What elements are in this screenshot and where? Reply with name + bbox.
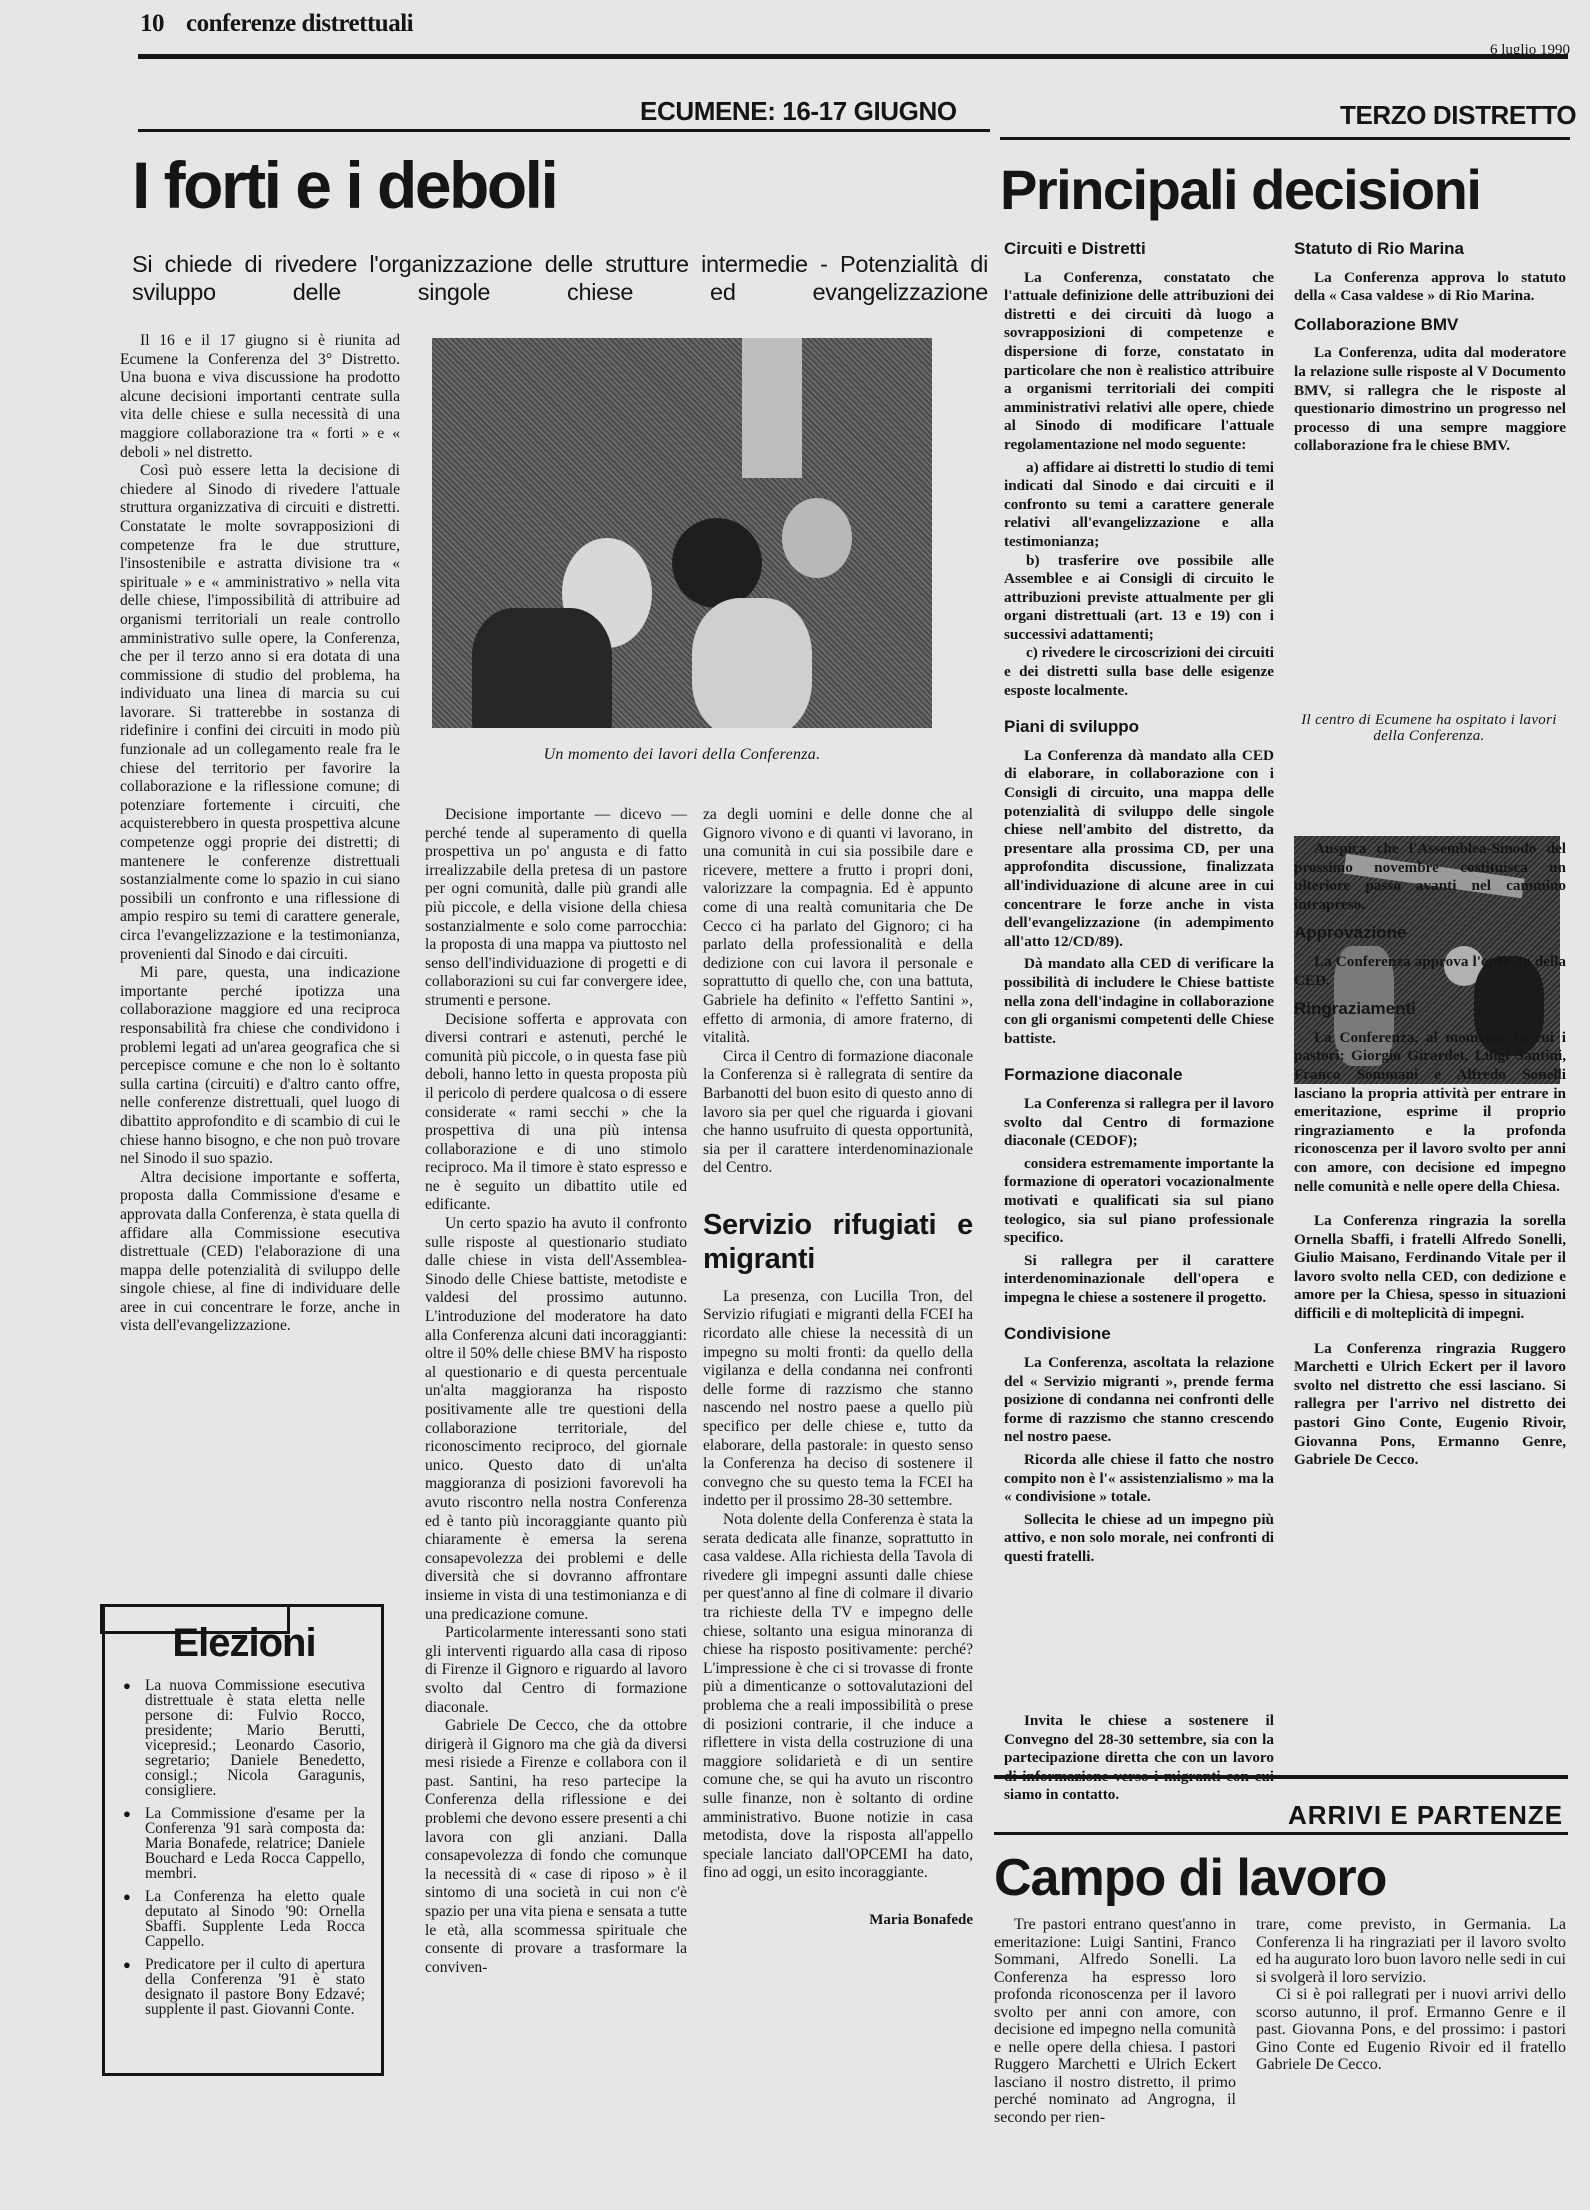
bottom-kicker-rule (994, 1832, 1568, 1835)
paragraph: La Conferenza ringrazia la sorella Ornel… (1294, 1212, 1566, 1324)
conference-photo-caption: Un momento dei lavori della Conferenza. (432, 746, 932, 764)
conference-photo (432, 338, 932, 728)
right-headline: Principali decisioni (1000, 162, 1480, 218)
article-column-3: za degli uomini e delle donne che al Gig… (703, 806, 973, 1929)
section-title-statuto: Statuto di Rio Marina (1294, 240, 1566, 259)
list-item: a) affidare ai distretti lo studio di te… (1004, 459, 1274, 552)
elections-item: La Commissione d'esame per la Conferenza… (123, 1806, 365, 1881)
paragraph: La Conferenza approva l'operato della CE… (1294, 953, 1566, 990)
left-headline: I forti e i deboli (132, 152, 556, 218)
elections-item: Predicatore per il culto di apertura del… (123, 1957, 365, 2017)
bottom-kicker: ARRIVI E PARTENZE (1288, 1800, 1563, 1831)
article-signature: Maria Bonafede (703, 1911, 973, 1930)
page-number: 10 (140, 10, 164, 37)
photo-figure (692, 598, 812, 728)
photo-figure (472, 608, 612, 728)
paragraph: Un certo spazio ha avuto il confronto su… (425, 1215, 687, 1624)
bottom-top-rule (994, 1775, 1568, 1779)
elections-box: Elezioni La nuova Commissione esecutiva … (102, 1604, 384, 2076)
section-title-circuiti: Circuiti e Distretti (1004, 240, 1274, 259)
elections-title: Elezioni (123, 1621, 365, 1666)
paragraph: La presenza, con Lucilla Tron, del Servi… (703, 1288, 973, 1511)
paragraph: La Conferenza dà mandato alla CED di ela… (1004, 747, 1274, 952)
right-kicker-rule (1000, 137, 1570, 140)
paragraph: La Conferenza, ascoltata la relazione de… (1004, 1354, 1274, 1447)
photo-window (742, 338, 802, 478)
photo-figure (782, 498, 852, 578)
paragraph: La Conferenza, al momento in cui i pasto… (1294, 1029, 1566, 1196)
left-kicker-rule (138, 129, 990, 132)
list-item: c) rivedere le circoscrizioni dei circui… (1004, 644, 1274, 700)
section-title-bmv: Collaborazione BMV (1294, 316, 1566, 335)
list-item: b) trasferire ove possibile alle Assembl… (1004, 552, 1274, 645)
paragraph: Circa il Centro di formazione diaconale … (703, 1048, 973, 1178)
condivisione-invite: Invita le chiese a sostenere il Convegno… (1004, 1712, 1274, 1809)
paragraph: Auspica che l'Assemblea-Sinodo del pross… (1294, 840, 1566, 914)
section-title-approvazione: Approvazione (1294, 924, 1566, 943)
photo-figure (672, 518, 762, 608)
article-column-1: Il 16 e il 17 giugno si è riunita ad Ecu… (120, 332, 400, 1336)
ecumene-photo-caption: Il centro di Ecumene ha ospitato i lavor… (1294, 712, 1564, 744)
subsection-title: Servizio rifugiati e migranti (703, 1208, 973, 1276)
paragraph: La Conferenza, udita dal moderatore la r… (1294, 344, 1566, 456)
paragraph: Dà mandato alla CED di verificare la pos… (1004, 955, 1274, 1048)
paragraph: Il 16 e il 17 giugno si è riunita ad Ecu… (120, 332, 400, 462)
paragraph: Si rallegra per il carattere interdenomi… (1004, 1252, 1274, 1308)
paragraph: La Conferenza ringrazia Ruggero Marchett… (1294, 1340, 1566, 1470)
paragraph: Decisione sofferta e approvata con diver… (425, 1011, 687, 1216)
paragraph: Particolarmente interessanti sono stati … (425, 1624, 687, 1717)
section-name: conferenze distrettuali (186, 10, 413, 37)
left-deck: Si chiede di rivedere l'organizzazione d… (132, 250, 988, 306)
decisions-column-b: Statuto di Rio Marina La Conferenza appr… (1294, 240, 1566, 460)
page-folio: 10conferenze distrettuali (140, 10, 413, 38)
elections-item: La nuova Commissione esecutiva distrettu… (123, 1678, 365, 1798)
decisions-column-b-continued: Auspica che l'Assemblea-Sinodo del pross… (1294, 840, 1566, 1474)
paragraph: Mi pare, questa, una indicazione importa… (120, 964, 400, 1169)
paragraph: La Conferenza, constatato che l'attuale … (1004, 269, 1274, 455)
paragraph: considera estremamente importante la for… (1004, 1155, 1274, 1248)
paragraph: trare, come previsto, in Germania. La Co… (1256, 1916, 1566, 1986)
left-kicker: ECUMENE: 16-17 GIUGNO (640, 96, 957, 127)
article-column-2: Decisione importante — dicevo — perché t… (425, 806, 687, 1977)
section-title-condivisione: Condivisione (1004, 1325, 1274, 1344)
paragraph: Altra decisione importante e sofferta, p… (120, 1169, 400, 1336)
paragraph: Tre pastori entrano quest'anno in emerit… (994, 1916, 1236, 2126)
elections-item: La Conferenza ha eletto quale deputato a… (123, 1889, 365, 1949)
paragraph: Così può essere letta la decisione di ch… (120, 462, 400, 964)
section-title-ringraziamenti: Ringraziamenti (1294, 1000, 1566, 1019)
right-kicker: TERZO DISTRETTO (1340, 100, 1576, 131)
decisions-column-a: Circuiti e Distretti La Conferenza, cons… (1004, 240, 1274, 1571)
bottom-headline: Campo di lavoro (994, 1852, 1386, 1904)
paragraph: Sollecita le chiese ad un impegno più at… (1004, 1511, 1274, 1567)
paragraph: za degli uomini e delle donne che al Gig… (703, 806, 973, 1048)
section-title-formazione: Formazione diaconale (1004, 1066, 1274, 1085)
paragraph: Ricorda alle chiese il fatto che nostro … (1004, 1451, 1274, 1507)
paragraph: Invita le chiese a sostenere il Convegno… (1004, 1712, 1274, 1805)
bottom-column-1: Tre pastori entrano quest'anno in emerit… (994, 1916, 1236, 2126)
paragraph: Nota dolente della Conferenza è stata la… (703, 1511, 973, 1883)
paragraph: La Conferenza si rallegra per il lavoro … (1004, 1095, 1274, 1151)
masthead-rule (138, 54, 1568, 59)
paragraph: Ci si è poi rallegrati per i nuovi arriv… (1256, 1986, 1566, 2074)
paragraph: La Conferenza approva lo statuto della «… (1294, 269, 1566, 306)
section-title-piani: Piani di sviluppo (1004, 718, 1274, 737)
paragraph: Decisione importante — dicevo — perché t… (425, 806, 687, 1011)
bottom-column-2: trare, come previsto, in Germania. La Co… (1256, 1916, 1566, 2074)
paragraph: Gabriele De Cecco, che da ottobre dirige… (425, 1717, 687, 1977)
